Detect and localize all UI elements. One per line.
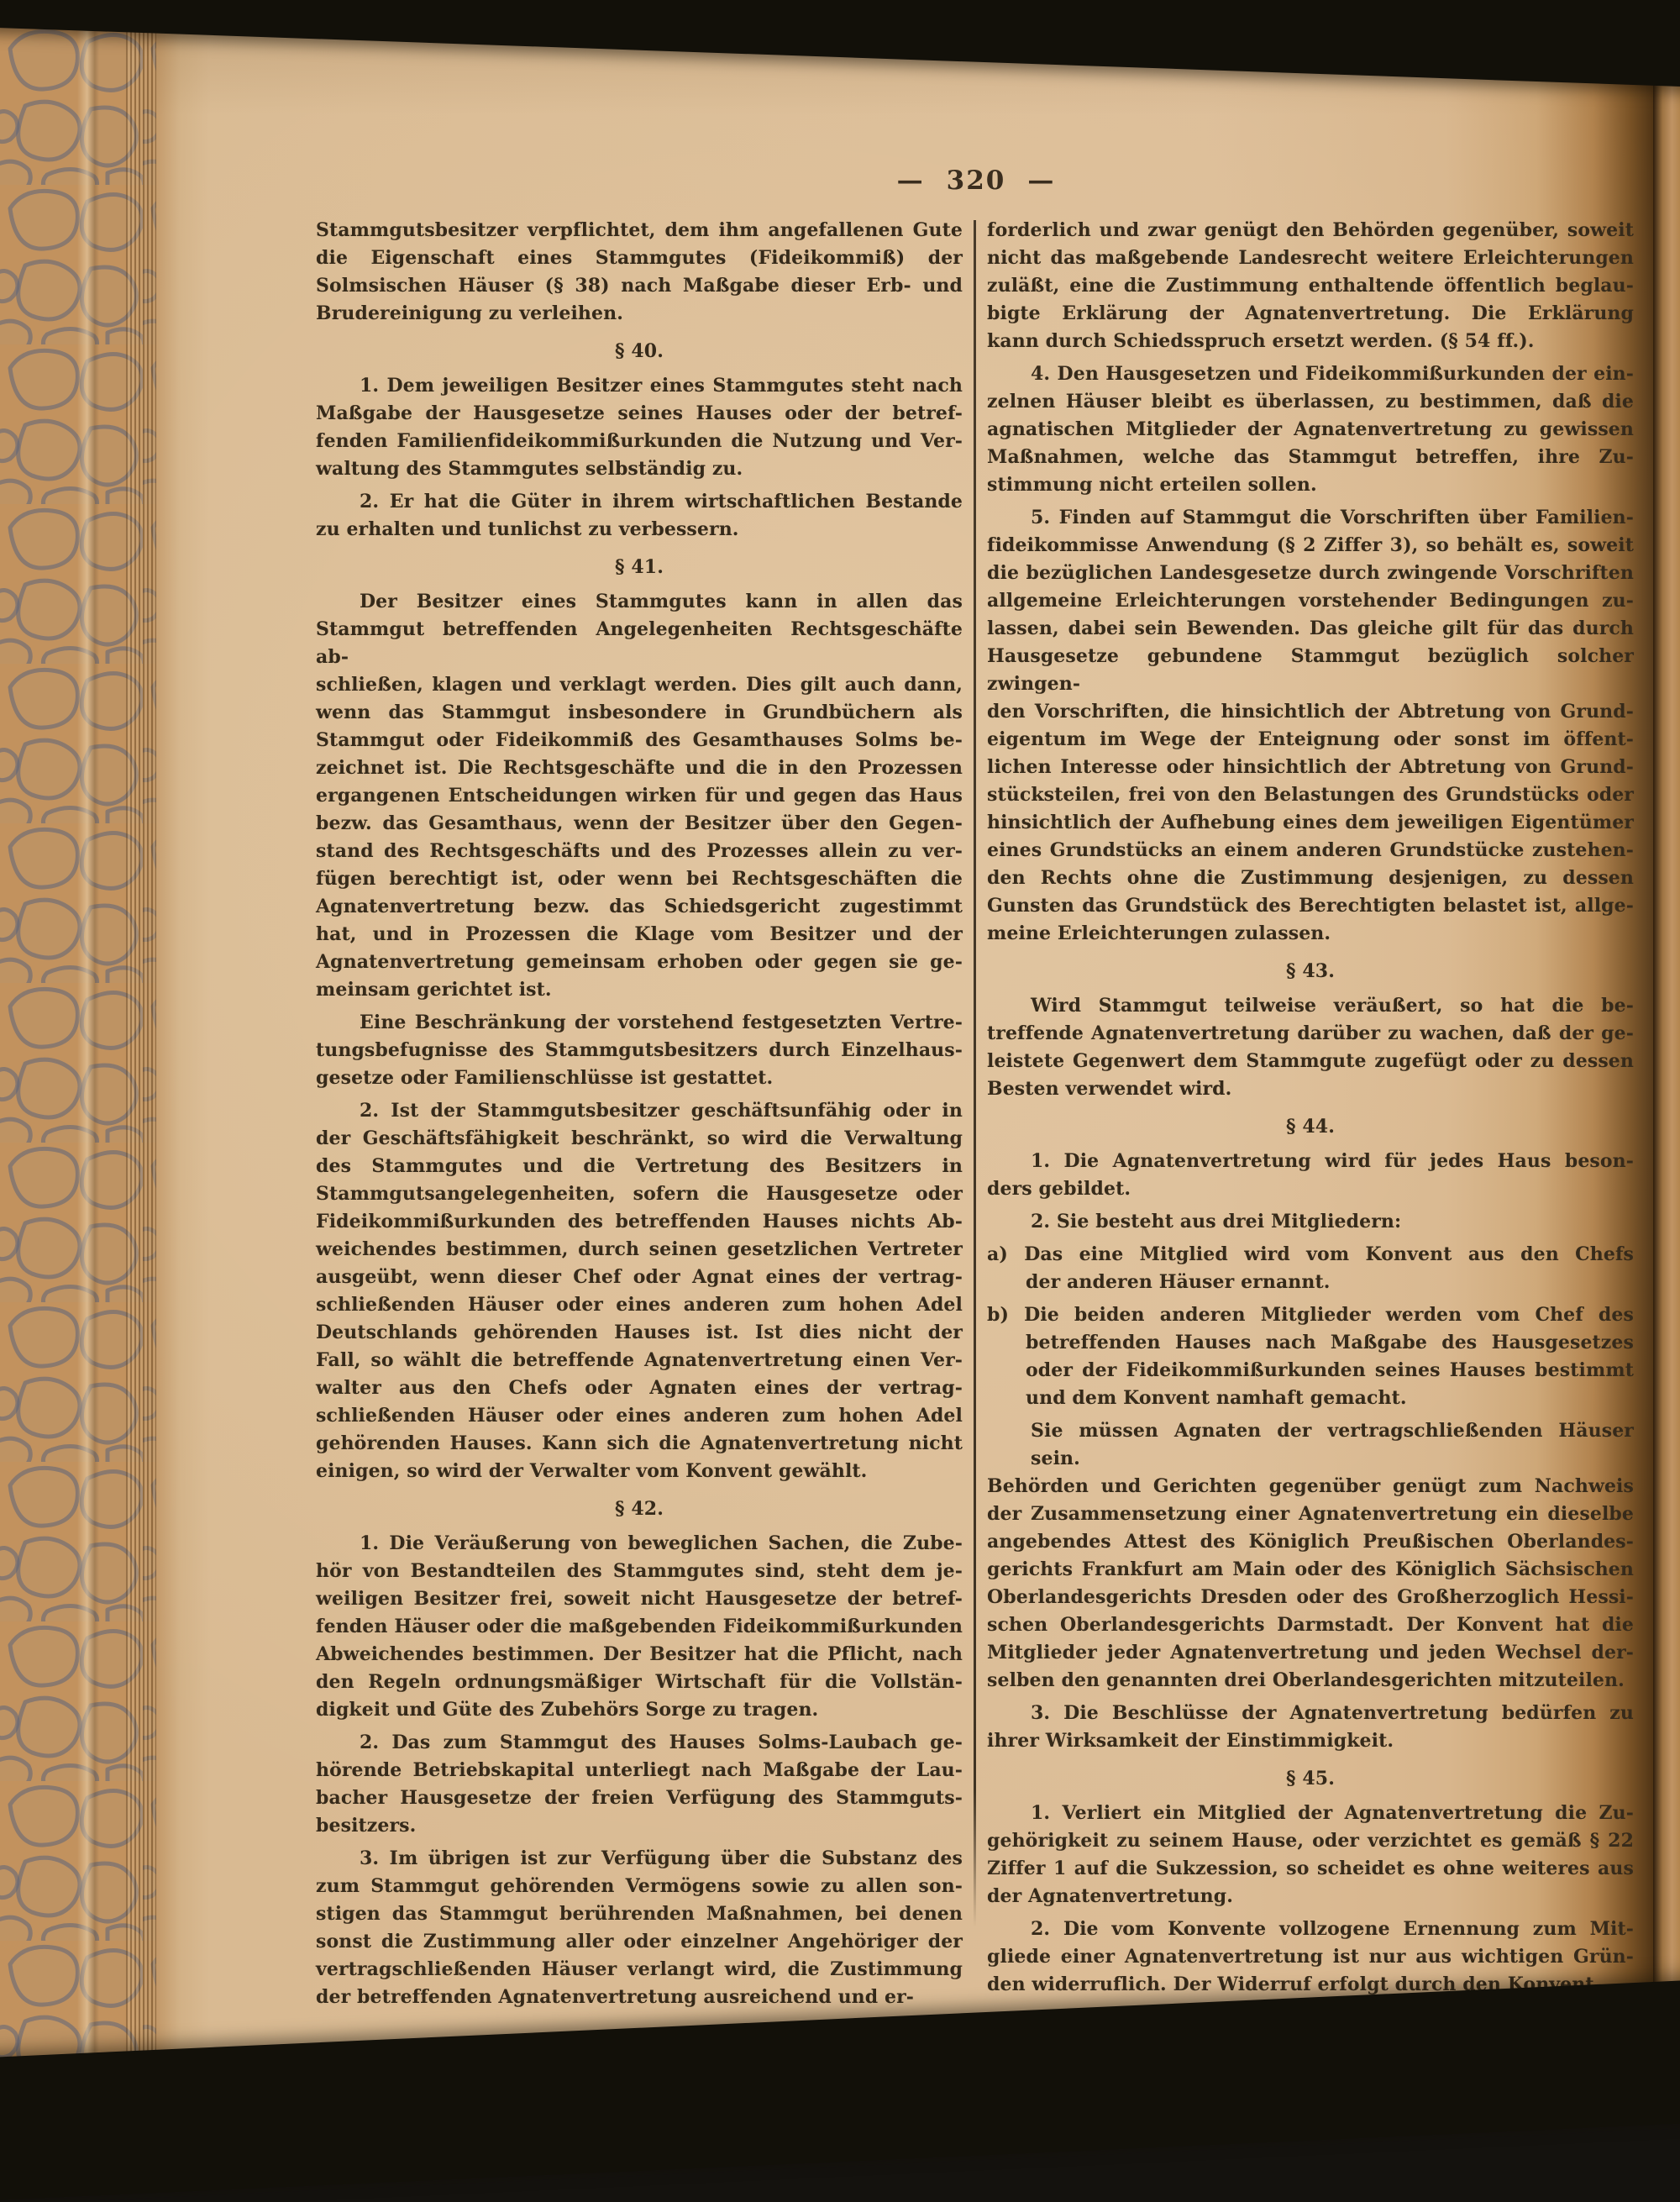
text-line: treffende Agnatenvertretung darüber zu w…: [987, 1020, 1634, 1048]
paragraph: Sie müssen Agnaten der vertragschließend…: [987, 1417, 1634, 1695]
text-line: Behörden und Gerichten gegenüber genügt …: [987, 1473, 1634, 1500]
text-line: gehörenden Hauses. Kann sich die Agnaten…: [316, 1430, 963, 1458]
text-line: die Eigenschaft eines Stammgutes (Fideik…: [316, 244, 963, 272]
paragraph: Wird Stammgut teilweise veräußert, so ha…: [987, 992, 1634, 1103]
text-line: gehörigkeit zu seinem Hause, oder verzic…: [987, 1827, 1634, 1855]
text-line: fenden Familienfideikommißurkunden die N…: [316, 428, 963, 455]
text-line: Stammgut betreffenden Angelegenheiten Re…: [316, 616, 963, 671]
text-line: vertragschließenden Häuser verlangt wird…: [316, 1956, 963, 1984]
next-page-edge: [1653, 34, 1680, 2113]
paragraph: a) Das eine Mitglied wird vom Konvent au…: [987, 1241, 1634, 1296]
paragraph: 2. Das zum Stammgut des Hauses Solms-Lau…: [316, 1729, 963, 1840]
text-line: Maßnahmen, welche das Stammgut betreffen…: [987, 444, 1634, 471]
text-line: Oberlandesgerichts Dresden oder des Groß…: [987, 1584, 1634, 1611]
paragraph: Stammgutsbesitzer verpflichtet, dem ihm …: [316, 217, 963, 328]
text-line: schließenden Häuser oder eines anderen z…: [316, 1402, 963, 1430]
marble-crease-highlight: [77, 25, 99, 2100]
document-scan: { "header": { "dash_left": "—", "page_nu…: [0, 0, 1680, 2113]
text-line: a) Das eine Mitglied wird vom Konvent au…: [987, 1241, 1634, 1269]
text-line: Fideikommißurkunden des betreffenden Hau…: [316, 1208, 963, 1236]
text-line: weichendes bestimmen, durch seinen geset…: [316, 1236, 963, 1264]
paragraph: 3. Im übrigen ist zur Verfügung über die…: [316, 1845, 963, 2011]
marbled-page-edges: [0, 25, 170, 2100]
text-line: der anderen Häuser ernannt.: [987, 1269, 1634, 1296]
text-line: stigen das Stammgut berührenden Maßnahme…: [316, 1900, 963, 1928]
text-line: 1. Die Agnatenvertretung wird für jedes …: [987, 1148, 1634, 1175]
text-line: 1. Die Veräußerung von beweglichen Sache…: [316, 1530, 963, 1558]
text-line: 3. Im übrigen ist zur Verfügung über die…: [316, 1845, 963, 1873]
text-line: gerichts Frankfurt am Main oder des Köni…: [987, 1556, 1634, 1584]
text-line: betreffenden Hauses nach Maßgabe des Hau…: [987, 1329, 1634, 1357]
book-page: —320— Stammgutsbesitzer verpflichtet, de…: [156, 32, 1656, 2113]
text-line: hör von Bestandteilen des Stammgutes sin…: [316, 1558, 963, 1585]
text-line: 2. Das zum Stammgut des Hauses Solms-Lau…: [316, 1729, 963, 1757]
text-line: zelnen Häuser bleibt es überlassen, zu b…: [987, 388, 1634, 416]
text-line: gliede einer Agnatenvertretung ist nur a…: [987, 1943, 1634, 1971]
text-line: Solmsischen Häuser (§ 38) nach Maßgabe d…: [316, 272, 963, 300]
paragraph: 2. Die vom Konvente vollzogene Ernennung…: [987, 1916, 1634, 1999]
text-line: zu erhalten und tunlichst zu verbessern.: [316, 516, 963, 544]
text-line: einigen, so wird der Verwalter vom Konve…: [316, 1458, 963, 1485]
text-line: waltung des Stammgutes selbständig zu.: [316, 455, 963, 483]
paragraph: 1. Verliert ein Mitglied der Agnatenvert…: [987, 1800, 1634, 1910]
text-line: Stammgutsbesitzer verpflichtet, dem ihm …: [316, 217, 963, 244]
right-column: forderlich und zwar genügt den Behörden …: [987, 217, 1634, 2004]
text-line: forderlich und zwar genügt den Behörden …: [987, 217, 1634, 244]
text-line: lichen Interesse oder hinsichtlich der A…: [987, 754, 1634, 781]
text-line: digkeit und Güte des Zubehörs Sorge zu t…: [316, 1696, 963, 1724]
column-divider-rule: [974, 220, 976, 1927]
text-line: zuläßt, eine die Zustimmung enthaltende …: [987, 272, 1634, 300]
text-line: Gunsten das Grundstück des Berechtigten …: [987, 892, 1634, 920]
section-heading: § 41.: [316, 554, 963, 581]
text-line: Der Besitzer eines Stammgutes kann in al…: [316, 588, 963, 616]
page-number-dash-right: —: [1027, 166, 1055, 196]
paragraph: 2. Sie besteht aus drei Mitgliedern:: [987, 1208, 1634, 1236]
text-line: Deutschlands gehörenden Hauses ist. Ist …: [316, 1319, 963, 1347]
text-line: die bezüglichen Landesgesetze durch zwin…: [987, 560, 1634, 587]
text-line: selben den genannten drei Oberlandesgeri…: [987, 1667, 1634, 1695]
text-line: des Stammgutes und die Vertretung des Be…: [316, 1153, 963, 1180]
text-line: den Vorschriften, die hinsichtlich der A…: [987, 698, 1634, 726]
text-line: Agnatenvertretung gemeinsam erhoben oder…: [316, 949, 963, 976]
text-line: walter aus den Chefs oder Agnaten eines …: [316, 1374, 963, 1402]
text-line: Hausgesetze gebundene Stammgut bezüglich…: [987, 643, 1634, 698]
printed-text-area: —320— Stammgutsbesitzer verpflichtet, de…: [316, 165, 1636, 2016]
paragraph: b) Die beiden anderen Mitglieder werden …: [987, 1301, 1634, 1412]
text-line: den Rechts ohne die Zustimmung desjenige…: [987, 865, 1634, 892]
text-line: tungsbefugnisse des Stammgutsbesitzers d…: [316, 1037, 963, 1064]
text-line: der Geschäftsfähigkeit beschränkt, so wi…: [316, 1125, 963, 1153]
text-line: 3. Die Beschlüsse der Agnatenvertretung …: [987, 1700, 1634, 1727]
text-line: hörende Betriebskapital unterliegt nach …: [316, 1757, 963, 1784]
text-line: 4. Den Hausgesetzen und Fideikommißurkun…: [987, 360, 1634, 388]
text-line: 1. Verliert ein Mitglied der Agnatenvert…: [987, 1800, 1634, 1827]
text-line: 1. Dem jeweiligen Besitzer eines Stammgu…: [316, 372, 963, 400]
text-line: Maßgabe der Hausgesetze seines Hauses od…: [316, 400, 963, 428]
text-line: stimmung nicht erteilen sollen.: [987, 471, 1634, 499]
text-line: den Regeln ordnungsmäßiger Wirtschaft fü…: [316, 1669, 963, 1696]
paragraph: 1. Die Veräußerung von beweglichen Sache…: [316, 1530, 963, 1724]
text-line: 2. Die vom Konvente vollzogene Ernennung…: [987, 1916, 1634, 1943]
text-line: stücksteilen, frei von den Belastungen d…: [987, 781, 1634, 809]
text-line: allgemeine Erleichterungen vorstehender …: [987, 587, 1634, 615]
text-line: gesetze oder Familienschlüsse ist gestat…: [316, 1064, 963, 1092]
text-line: meine Erleichterungen zulassen.: [987, 920, 1634, 948]
text-line: Besten verwendet wird.: [987, 1075, 1634, 1103]
book-scan: —320— Stammgutsbesitzer verpflichtet, de…: [0, 0, 1680, 2113]
text-line: schließen, klagen und verklagt werden. D…: [316, 671, 963, 699]
text-line: Mitglieder jeder Agnatenvertretung und j…: [987, 1639, 1634, 1667]
text-line: fenden Häuser oder die maßgebenden Fidei…: [316, 1613, 963, 1641]
paragraph: forderlich und zwar genügt den Behörden …: [987, 217, 1634, 355]
text-line: der Zusammensetzung einer Agnatenvertret…: [987, 1500, 1634, 1528]
section-heading: § 43.: [987, 958, 1634, 985]
text-line: stand des Rechtsgeschäfts und des Prozes…: [316, 838, 963, 865]
section-heading: § 45.: [987, 1765, 1634, 1793]
text-line: zum Stammgut gehörenden Vermögens sowie …: [316, 1873, 963, 1900]
text-line: b) Die beiden anderen Mitglieder werden …: [987, 1301, 1634, 1329]
text-line: hat, und in Prozessen die Klage vom Besi…: [316, 921, 963, 949]
text-line: Brudereinigung zu verleihen.: [316, 300, 963, 328]
text-line: schen Oberlandesgerichts Darmstadt. Der …: [987, 1611, 1634, 1639]
text-line: 2. Sie besteht aus drei Mitgliedern:: [987, 1208, 1634, 1236]
text-line: zeichnet ist. Die Rechtsgeschäfte und di…: [316, 754, 963, 782]
left-column: Stammgutsbesitzer verpflichtet, dem ihm …: [316, 217, 963, 2016]
text-line: Fall, so wählt die betreffende Agnatenve…: [316, 1347, 963, 1374]
text-line: kann durch Schiedsspruch ersetzt werden.…: [987, 328, 1634, 355]
paragraph: 3. Die Beschlüsse der Agnatenvertretung …: [987, 1700, 1634, 1755]
text-line: Abweichendes bestimmen. Der Besitzer hat…: [316, 1641, 963, 1669]
text-line: schließenden Häuser oder eines anderen z…: [316, 1291, 963, 1319]
text-line: eigentum im Wege der Enteignung oder son…: [987, 726, 1634, 754]
paragraph: 4. Den Hausgesetzen und Fideikommißurkun…: [987, 360, 1634, 499]
text-line: meinsam gerichtet ist.: [316, 976, 963, 1004]
paragraph: 1. Die Agnatenvertretung wird für jedes …: [987, 1148, 1634, 1203]
text-line: bacher Hausgesetze der freien Verfügung …: [316, 1784, 963, 1812]
page-number-value: 320: [947, 166, 1006, 196]
text-line: Ziffer 1 auf die Sukzession, so scheidet…: [987, 1855, 1634, 1883]
paragraph: 2. Ist der Stammgutsbesitzer geschäftsun…: [316, 1097, 963, 1485]
text-line: der betreffenden Agnatenvertretung ausre…: [316, 1984, 963, 2011]
text-line: eines Grundstücks an einem anderen Grund…: [987, 837, 1634, 865]
section-heading: § 44.: [987, 1113, 1634, 1141]
text-line: ergangenen Entscheidungen wirken für und…: [316, 782, 963, 810]
page-number: —320—: [316, 165, 1636, 197]
text-line: Eine Beschränkung der vorstehend festges…: [316, 1009, 963, 1037]
text-line: Stammgutsangelegenheiten, sofern die Hau…: [316, 1180, 963, 1208]
text-line: Stammgut oder Fideikommiß des Gesamthaus…: [316, 727, 963, 754]
text-line: ausgeübt, wenn dieser Chef oder Agnat ei…: [316, 1264, 963, 1291]
text-line: wenn das Stammgut insbesondere in Grundb…: [316, 699, 963, 727]
text-line: leistete Gegenwert dem Stammgute zugefüg…: [987, 1048, 1634, 1075]
text-line: 5. Finden auf Stammgut die Vorschriften …: [987, 504, 1634, 532]
text-line: Agnatenvertretung bezw. das Schiedsgeric…: [316, 893, 963, 921]
text-line: bezw. das Gesamthaus, wenn der Besitzer …: [316, 810, 963, 838]
page-number-dash-left: —: [897, 166, 925, 196]
text-line: 2. Er hat die Güter in ihrem wirtschaftl…: [316, 488, 963, 516]
paragraph: Eine Beschränkung der vorstehend festges…: [316, 1009, 963, 1092]
text-line: Sie müssen Agnaten der vertragschließend…: [987, 1417, 1634, 1473]
text-line: ders gebildet.: [987, 1175, 1634, 1203]
paragraph: 2. Er hat die Güter in ihrem wirtschaftl…: [316, 488, 963, 544]
text-line: 2. Ist der Stammgutsbesitzer geschäftsun…: [316, 1097, 963, 1125]
section-heading: § 40.: [316, 338, 963, 365]
text-line: weiligen Besitzer frei, soweit nicht Hau…: [316, 1585, 963, 1613]
text-line: nicht das maßgebende Landesrecht weitere…: [987, 244, 1634, 272]
text-line: und dem Konvent namhaft gemacht.: [987, 1385, 1634, 1412]
text-line: oder der Fideikommißurkunden seines Haus…: [987, 1357, 1634, 1385]
paragraph: 1. Dem jeweiligen Besitzer eines Stammgu…: [316, 372, 963, 483]
paragraph: 5. Finden auf Stammgut die Vorschriften …: [987, 504, 1634, 948]
text-line: sonst die Zustimmung aller oder einzelne…: [316, 1928, 963, 1956]
text-line: bigte Erklärung der Agnatenvertretung. D…: [987, 300, 1634, 328]
text-line: lassen, dabei sein Bewenden. Das gleiche…: [987, 615, 1634, 643]
text-line: fügen berechtigt ist, oder wenn bei Rech…: [316, 865, 963, 893]
text-line: ihrer Wirksamkeit der Einstimmigkeit.: [987, 1727, 1634, 1755]
paragraph: Der Besitzer eines Stammgutes kann in al…: [316, 588, 963, 1004]
text-line: angebendes Attest des Königlich Preußisc…: [987, 1528, 1634, 1556]
text-line: Wird Stammgut teilweise veräußert, so ha…: [987, 992, 1634, 1020]
text-line: hinsichtlich der Aufhebung eines dem jew…: [987, 809, 1634, 837]
text-columns: Stammgutsbesitzer verpflichtet, dem ihm …: [316, 217, 1636, 2016]
text-line: fideikommisse Anwendung (§ 2 Ziffer 3), …: [987, 532, 1634, 560]
text-line: besitzers.: [316, 1812, 963, 1840]
text-line: der Agnatenvertretung.: [987, 1883, 1634, 1910]
section-heading: § 42.: [316, 1495, 963, 1523]
text-line: agnatischen Mitglieder der Agnatenvertre…: [987, 416, 1634, 444]
